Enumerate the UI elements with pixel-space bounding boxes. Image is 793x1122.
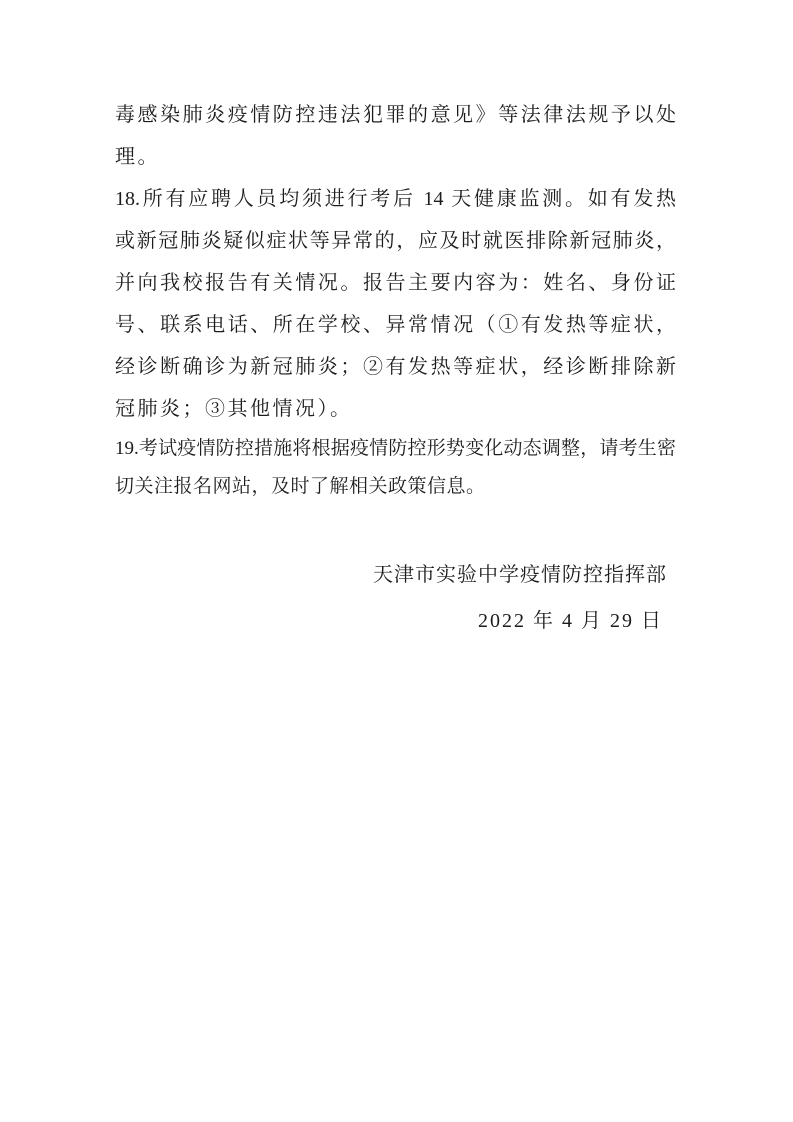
text-line: 并向我校报告有关情况。报告主要内容为：姓名、身份证 [115, 262, 676, 304]
text-line: 经诊断确诊为新冠肺炎；②有发热等症状，经诊断排除新 [115, 346, 676, 388]
text-line: 号、联系电话、所在学校、异常情况（①有发热等症状， [115, 304, 676, 346]
text-line: 18.所有应聘人员均须进行考后 14 天健康监测。如有发热 [115, 178, 676, 220]
text-line: 19.考试疫情防控措施将根据疫情防控形势变化动态调整，请考生密 [115, 430, 676, 468]
text-line: 或新冠肺炎疑似症状等异常的，应及时就医排除新冠肺炎， [115, 220, 676, 262]
signature-line: 天津市实验中学疫情防控指挥部 [115, 552, 676, 598]
text-line: 毒感染肺炎疫情防控违法犯罪的意见》等法律法规予以处 [115, 94, 676, 136]
paragraph-17-continuation: 毒感染肺炎疫情防控违法犯罪的意见》等法律法规予以处 理。 [115, 94, 676, 178]
paragraph-18: 18.所有应聘人员均须进行考后 14 天健康监测。如有发热 或新冠肺炎疑似症状等… [115, 178, 676, 430]
paragraph-19: 19.考试疫情防控措施将根据疫情防控形势变化动态调整，请考生密 切关注报名网站，… [115, 430, 676, 506]
signature-block: 天津市实验中学疫情防控指挥部 2022 年 4 月 29 日 [115, 552, 676, 644]
text-line: 理。 [115, 136, 676, 178]
text-line: 切关注报名网站，及时了解相关政策信息。 [115, 468, 676, 506]
document-body: 毒感染肺炎疫情防控违法犯罪的意见》等法律法规予以处 理。 18.所有应聘人员均须… [115, 94, 676, 644]
document-page: 毒感染肺炎疫情防控违法犯罪的意见》等法律法规予以处 理。 18.所有应聘人员均须… [0, 0, 793, 1122]
date-line: 2022 年 4 月 29 日 [115, 598, 676, 644]
text-line: 冠肺炎；③其他情况）。 [115, 388, 676, 430]
